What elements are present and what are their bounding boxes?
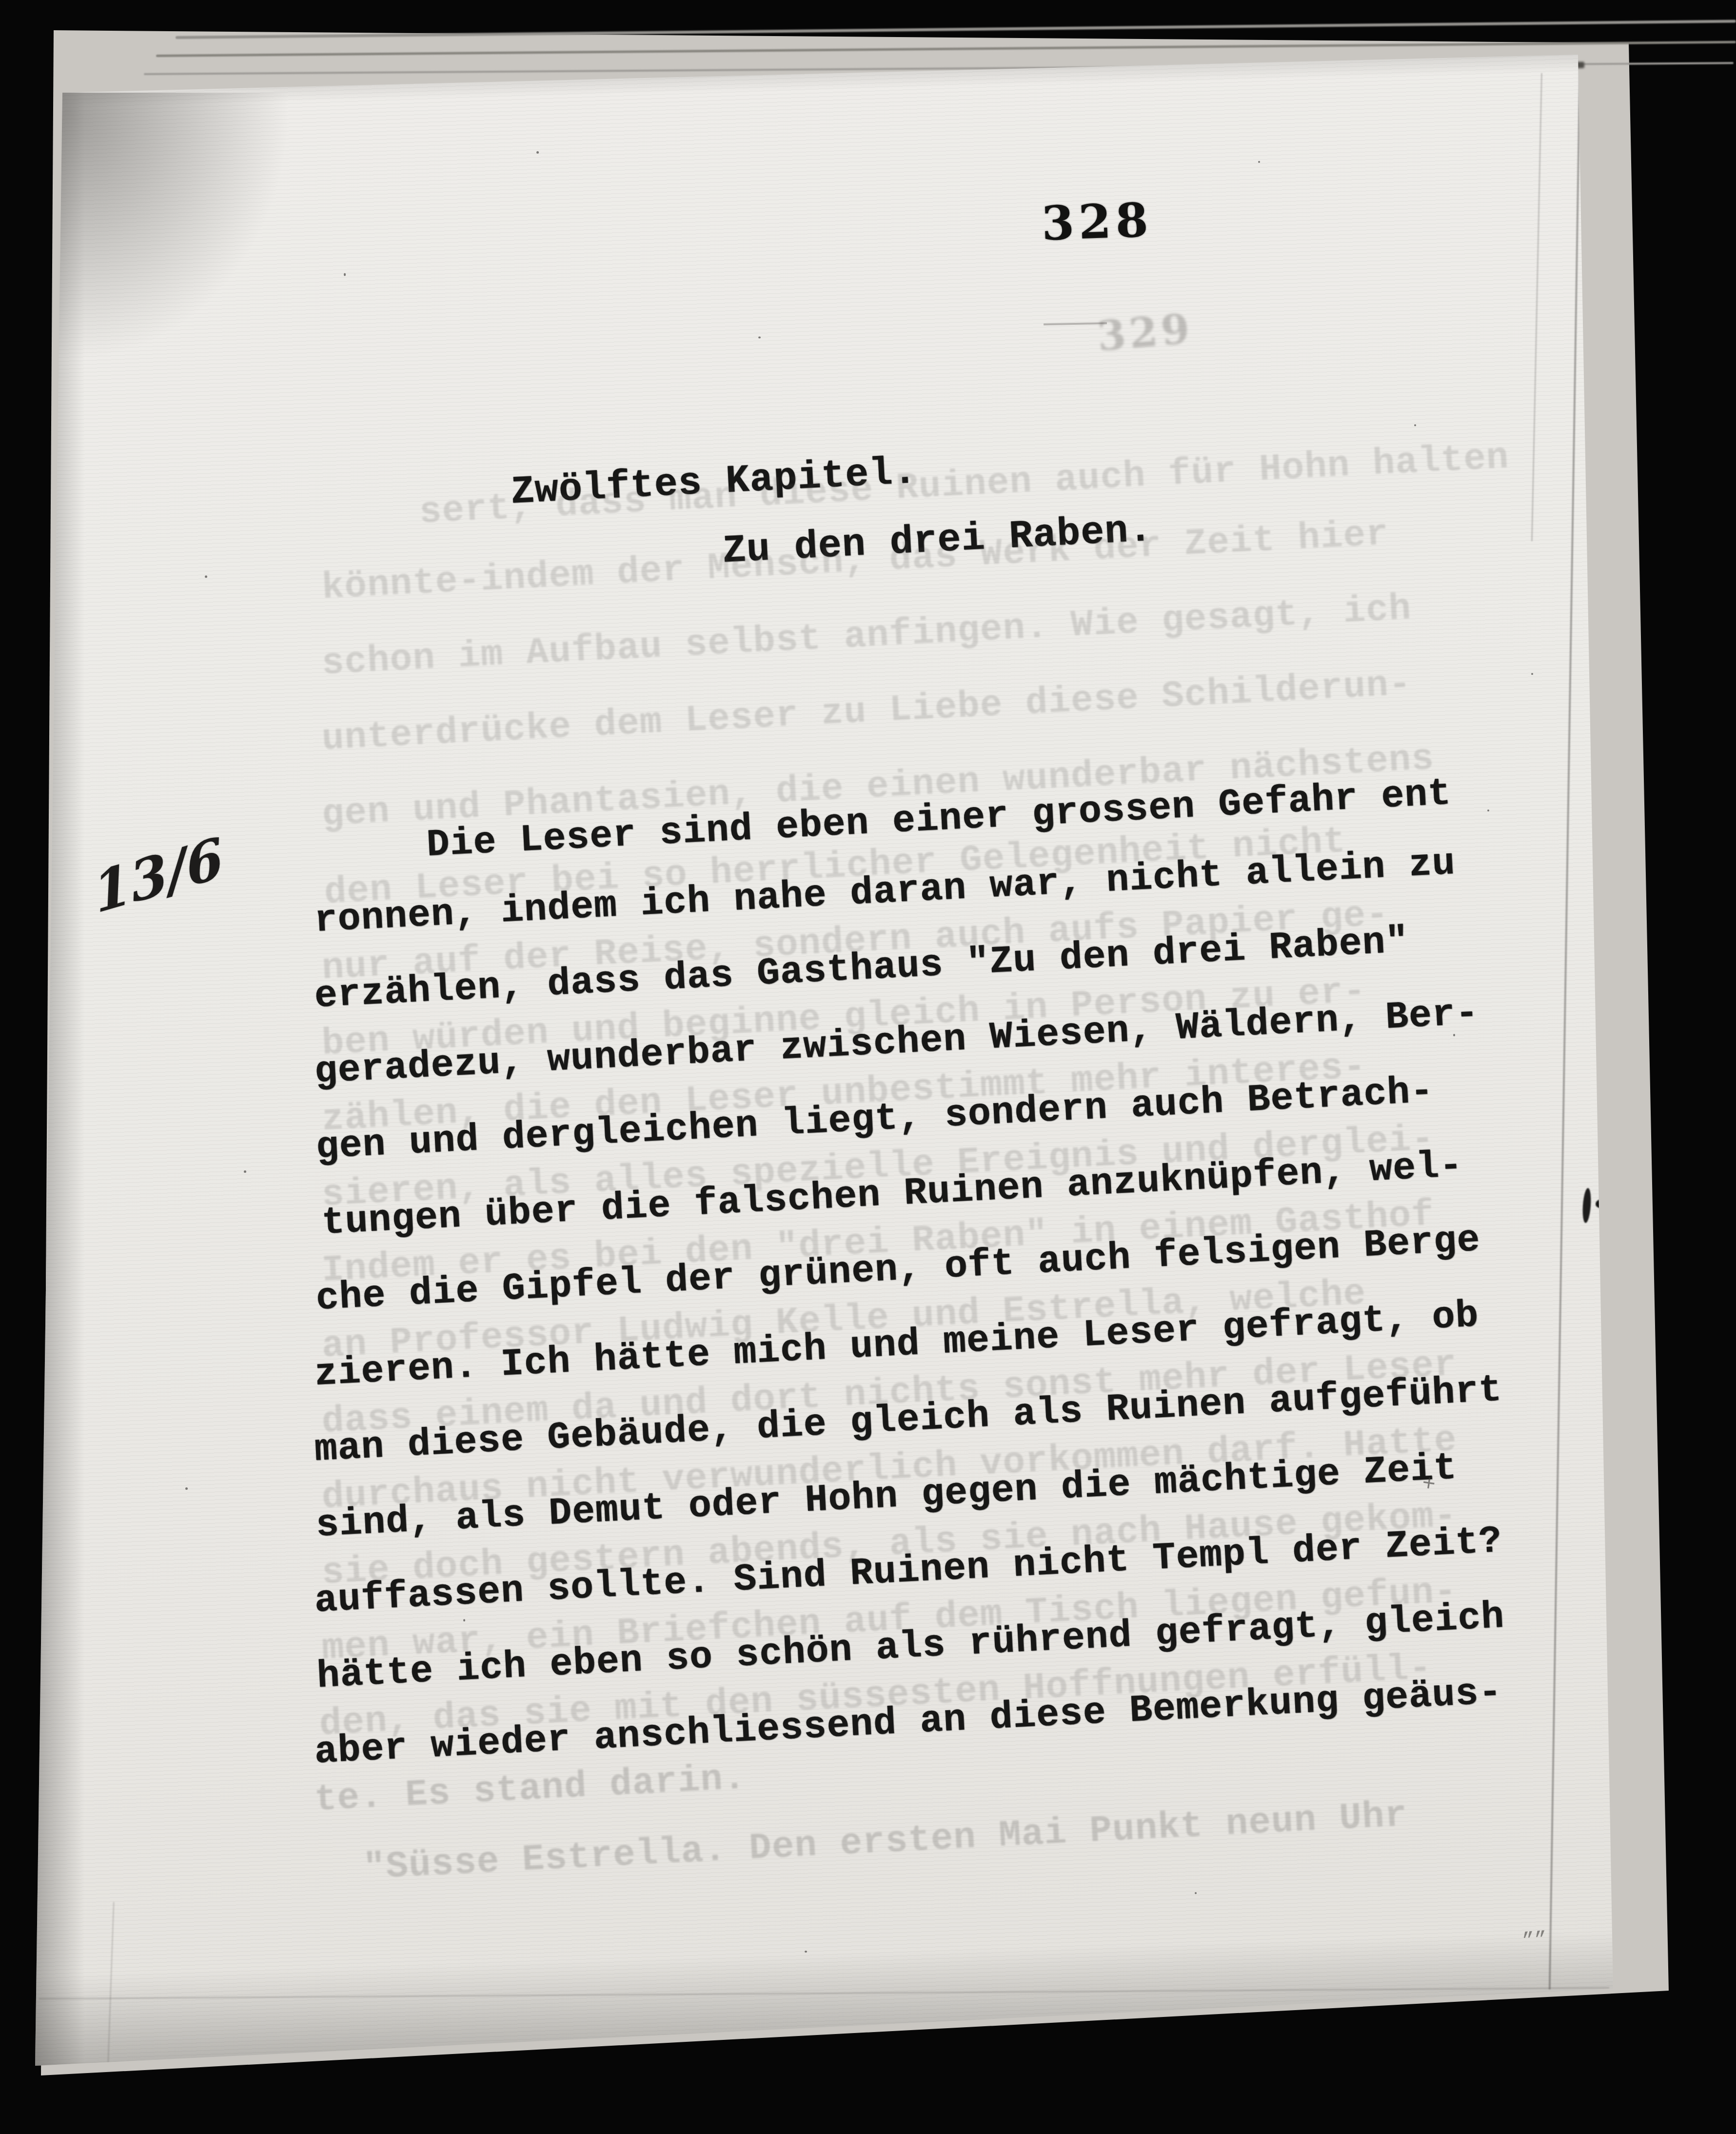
margin-annotation: 13/6 [90,825,227,926]
dust-speck [1531,673,1533,675]
plus-pen-mark: + [1420,1471,1438,1498]
dust-speck [1487,810,1489,811]
dust-speck [205,575,207,578]
stack-edge-line [176,20,1736,39]
dust-speck [1414,424,1416,426]
ghost-page-number: 329 [1095,304,1195,361]
topleft-smudge [46,93,319,395]
dust-speck [463,1619,465,1621]
ditto-pen-mark: „„ [1520,1916,1547,1940]
bottom-underpage-line [39,1987,1609,1999]
ghost-line: schon im Aufbau selbst anfingen. Wie ges… [321,588,1413,685]
right-crease-line [1549,59,1581,1990]
dust-speck [244,1170,246,1173]
dust-speck [805,1951,807,1953]
right-inner-edge-line [1531,73,1542,541]
page-number: 328 [1041,192,1153,251]
paper-page: 328 329 13/6 Zwölftes Kapitel. Zu den dr… [0,0,1736,2134]
dust-speck [1258,161,1260,163]
ghost-line: unterdrücke dem Leser zu Liebe diese Sch… [321,663,1413,760]
dust-speck [1453,1034,1455,1036]
ink-blob-mark [1582,1188,1592,1224]
dust-speck [344,273,346,276]
bottomleft-underpage-line [107,1902,115,2063]
dust-speck [758,336,761,338]
dust-speck [1195,1892,1197,1894]
scanned-typescript-page: 328 329 13/6 Zwölftes Kapitel. Zu den dr… [0,0,1736,2134]
dust-speck [185,1487,188,1490]
dust-speck [536,151,539,154]
